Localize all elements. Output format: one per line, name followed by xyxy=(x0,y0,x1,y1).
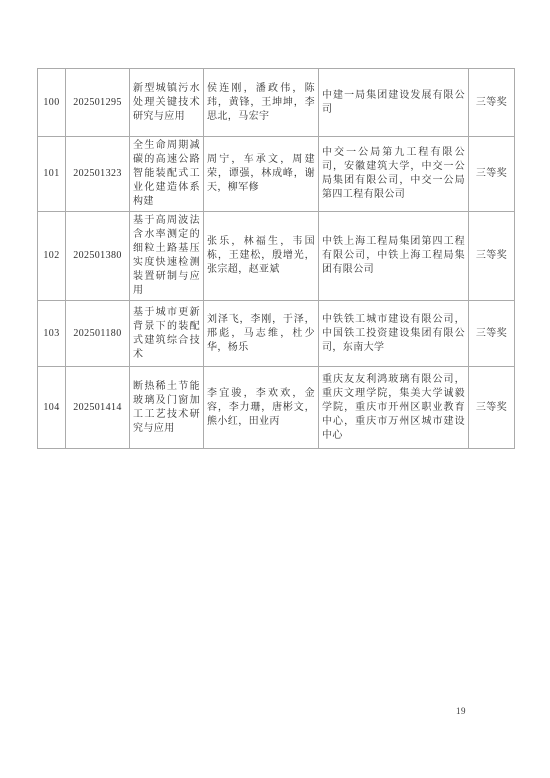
row-number-cell: 100 xyxy=(38,69,66,137)
table-row: 103 202501180 基于城市更新背景下的装配式建筑综合技术 刘泽飞，李刚… xyxy=(38,301,515,367)
organizations-cell: 中铁铁工城市建设有限公司，中国铁工投资建设集团有限公司，东南大学 xyxy=(319,301,469,367)
team-members-cell: 刘泽飞，李刚，于泽，邢彪，马志维，杜少华，杨乐 xyxy=(204,301,319,367)
organizations-cell: 中交一公局第九工程有限公司，安徽建筑大学，中交一公局集团有限公司，中交一公局第四… xyxy=(319,137,469,212)
project-name-cell: 断热稀土节能玻璃及门窗加工工艺技术研究与应用 xyxy=(130,367,204,449)
team-members-cell: 张乐，林福生，韦国栋，王建松，殷增光，张宗超，赵亚斌 xyxy=(204,212,319,301)
award-cell: 三等奖 xyxy=(469,301,515,367)
award-cell: 三等奖 xyxy=(469,137,515,212)
award-cell: 三等奖 xyxy=(469,69,515,137)
project-name-cell: 全生命周期减碳的高速公路智能装配式工业化建造体系构建 xyxy=(130,137,204,212)
organizations-cell: 中建一局集团建设发展有限公司 xyxy=(319,69,469,137)
row-number-cell: 101 xyxy=(38,137,66,212)
table-row: 102 202501380 基于高周波法含水率测定的细粒土路基压实度快速检测装置… xyxy=(38,212,515,301)
team-members-cell: 李宜骏，李欢欢，金容，李力珊，唐彬文，熊小红，田业丙 xyxy=(204,367,319,449)
award-cell: 三等奖 xyxy=(469,367,515,449)
organizations-cell: 重庆友友利鸿玻璃有限公司，重庆文理学院，集美大学诚毅学院，重庆市开州区职业教育中… xyxy=(319,367,469,449)
project-code-cell: 202501380 xyxy=(66,212,130,301)
project-name-cell: 基于城市更新背景下的装配式建筑综合技术 xyxy=(130,301,204,367)
row-number-cell: 104 xyxy=(38,367,66,449)
project-name-cell: 新型城镇污水处理关键技术研究与应用 xyxy=(130,69,204,137)
table-row: 100 202501295 新型城镇污水处理关键技术研究与应用 侯连刚，潘政伟，… xyxy=(38,69,515,137)
document-page: 100 202501295 新型城镇污水处理关键技术研究与应用 侯连刚，潘政伟，… xyxy=(0,0,550,778)
table-row: 104 202501414 断热稀土节能玻璃及门窗加工工艺技术研究与应用 李宜骏… xyxy=(38,367,515,449)
row-number-cell: 103 xyxy=(38,301,66,367)
award-cell: 三等奖 xyxy=(469,212,515,301)
team-members-cell: 周宁，车承文，周建荣，谭强，林成峰，谢天，柳军修 xyxy=(204,137,319,212)
table-row: 101 202501323 全生命周期减碳的高速公路智能装配式工业化建造体系构建… xyxy=(38,137,515,212)
page-number: 19 xyxy=(456,706,466,716)
project-code-cell: 202501180 xyxy=(66,301,130,367)
awards-table: 100 202501295 新型城镇污水处理关键技术研究与应用 侯连刚，潘政伟，… xyxy=(37,68,515,449)
project-code-cell: 202501323 xyxy=(66,137,130,212)
project-code-cell: 202501295 xyxy=(66,69,130,137)
organizations-cell: 中铁上海工程局集团第四工程有限公司，中铁上海工程局集团有限公司 xyxy=(319,212,469,301)
row-number-cell: 102 xyxy=(38,212,66,301)
project-name-cell: 基于高周波法含水率测定的细粒土路基压实度快速检测装置研制与应用 xyxy=(130,212,204,301)
project-code-cell: 202501414 xyxy=(66,367,130,449)
team-members-cell: 侯连刚，潘政伟，陈玮，黄锋，王坤坤，李思北，马宏宇 xyxy=(204,69,319,137)
